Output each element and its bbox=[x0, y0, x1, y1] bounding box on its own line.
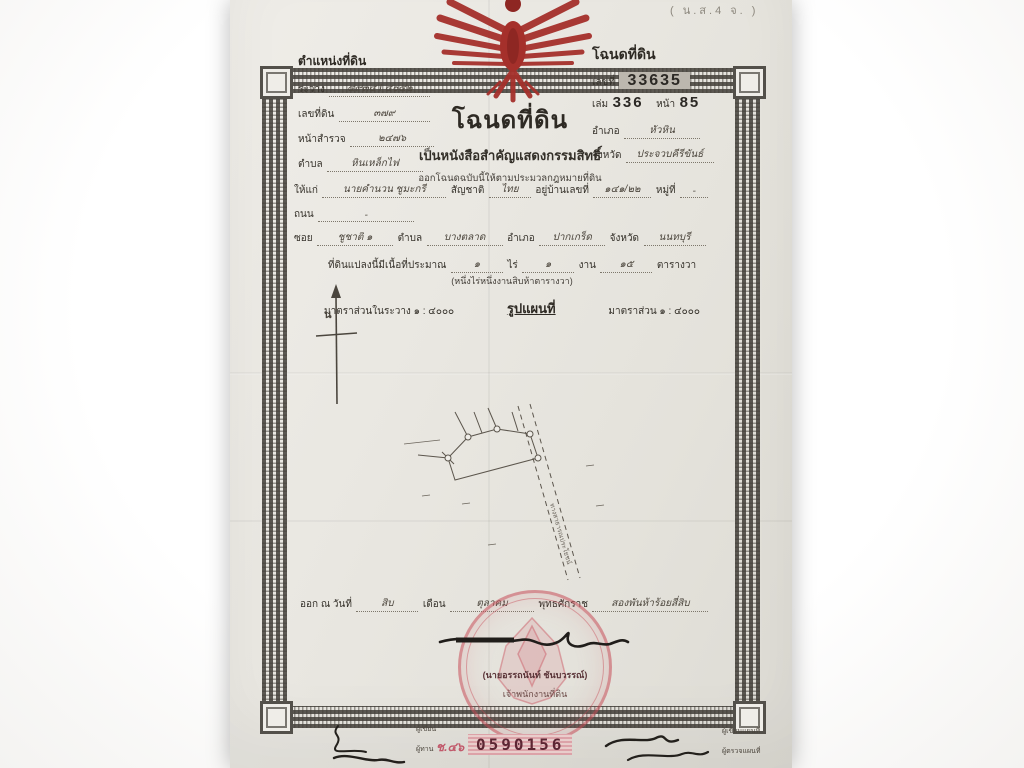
wa-label: ตารางวา bbox=[657, 260, 696, 271]
border-corner bbox=[260, 701, 293, 734]
field-label: ระวาง bbox=[298, 84, 325, 95]
soi-label: ซอย bbox=[294, 233, 313, 244]
subtitle: เป็นหนังสือสำคัญแสดงกรรมสิทธิ์ bbox=[380, 145, 640, 166]
writer-signature bbox=[308, 718, 418, 768]
map-checker-label: ผู้ตรวจแผนที่ bbox=[722, 748, 782, 756]
area-line: ที่ดินแปลงนี้มีเนื้อที่ประมาณ ๑ ไร่ ๑ งา… bbox=[294, 255, 730, 273]
address: ๑๔๑/๒๒ bbox=[593, 182, 651, 198]
grant-line-3: ซอย ชูชาติ ๑ ตำบล บางตลาด อำเภอ ปากเกร็ด… bbox=[294, 228, 730, 246]
area-label: ที่ดินแปลงนี้มีเนื้อที่ประมาณ bbox=[328, 260, 447, 271]
red-code: ช.๔๖ bbox=[436, 738, 464, 757]
field-label: หน้าสำรวจ bbox=[298, 134, 346, 145]
area-ngan: ๑ bbox=[522, 257, 574, 273]
issue-year: สองพันห้าร้อยสี่สิบ bbox=[592, 596, 708, 612]
form-code: ( น.ส.4 จ. ) bbox=[670, 1, 758, 19]
deed-paper: ( น.ส.4 จ. ) bbox=[230, 0, 792, 768]
title-area: โฉนดที่ดิน เป็นหนังสือสำคัญแสดงกรรมสิทธิ… bbox=[380, 100, 640, 186]
grant-province-label: จังหวัด bbox=[610, 233, 639, 244]
field-label: เลขที่ดิน bbox=[298, 109, 334, 120]
writer-label: ผู้เขียน bbox=[416, 726, 450, 734]
area-rai: ๑ bbox=[451, 257, 503, 273]
nationality-label: สัญชาติ bbox=[451, 185, 485, 196]
tambon: บางตลาด bbox=[427, 230, 503, 246]
border-corner bbox=[733, 66, 766, 99]
scale-right: มาตราส่วน ๑ : ๔๐๐๐ bbox=[608, 304, 700, 319]
border-left bbox=[262, 68, 287, 728]
north-label: น bbox=[324, 309, 332, 321]
tambon-label: ตำบล bbox=[398, 233, 423, 244]
photo-background: ( น.ส.4 จ. ) bbox=[0, 0, 1024, 768]
road: - bbox=[318, 210, 414, 222]
address-label: อยู่บ้านเลขที่ bbox=[535, 185, 589, 196]
soi: ชูชาติ ๑ bbox=[317, 230, 393, 246]
to-label: ให้แก่ bbox=[294, 185, 318, 196]
field-value: ๔๙๓๔ I ๔๐๔๒ bbox=[329, 81, 430, 97]
deed-number: 33635 bbox=[619, 72, 690, 89]
amphoe-label: อำเภอ bbox=[507, 233, 535, 244]
officer-title: เจ้าพนักงานที่ดิน bbox=[430, 687, 640, 701]
month-label: เดือน bbox=[423, 599, 446, 610]
map-title: รูปแผนที่ bbox=[507, 298, 556, 319]
area-wa: ๑๕ bbox=[600, 257, 652, 273]
border-right bbox=[735, 68, 760, 728]
issue-day: สิบ bbox=[356, 596, 418, 612]
nationality: ไทย bbox=[489, 182, 531, 198]
deed-title: โฉนดที่ดิน bbox=[592, 44, 732, 66]
rai-label: ไร่ bbox=[507, 260, 517, 271]
parcel-map: ทางสาธารณประโยชน์ bbox=[400, 400, 620, 590]
amphoe: ปากเกร็ด bbox=[539, 230, 605, 246]
issue-prefix: ออก ณ วันที่ bbox=[300, 599, 352, 610]
moo: - bbox=[680, 186, 708, 198]
officer-signature bbox=[436, 616, 636, 668]
north-arrow: น bbox=[308, 282, 368, 407]
field-label: ตำบล bbox=[298, 159, 323, 170]
position-title: ตำแหน่งที่ดิน bbox=[298, 52, 468, 71]
deed-page-label: หน้า bbox=[656, 99, 675, 110]
grantee-name: นายคำนวน ชูมะกรี bbox=[322, 182, 446, 198]
deed-page: 85 bbox=[680, 94, 701, 111]
grant-line-1: ให้แก่ นายคำนวน ชูมะกรี สัญชาติ ไทย อยู่… bbox=[294, 180, 730, 198]
ngan-label: งาน bbox=[579, 260, 596, 271]
grant-line-2: ถนน - bbox=[294, 204, 730, 222]
deed-number-label: เลขที่ bbox=[592, 77, 615, 88]
serial-number: 0590156 bbox=[468, 734, 572, 755]
officer-name-block: (นายอรรถนันท์ ชันบวรรณ์) เจ้าพนักงานที่ด… bbox=[430, 668, 640, 701]
officer-name: (นายอรรถนันท์ ชันบวรรณ์) bbox=[430, 668, 640, 682]
map-writer-signature bbox=[598, 716, 718, 768]
main-title: โฉนดที่ดิน bbox=[380, 100, 640, 139]
border-corner bbox=[260, 66, 293, 99]
road-label: ถนน bbox=[294, 209, 314, 220]
moo-label: หมู่ที่ bbox=[656, 185, 676, 196]
grant-province: นนทบุรี bbox=[644, 230, 706, 246]
map-writer-label: ผู้เขียนแผนที่ bbox=[722, 728, 782, 736]
